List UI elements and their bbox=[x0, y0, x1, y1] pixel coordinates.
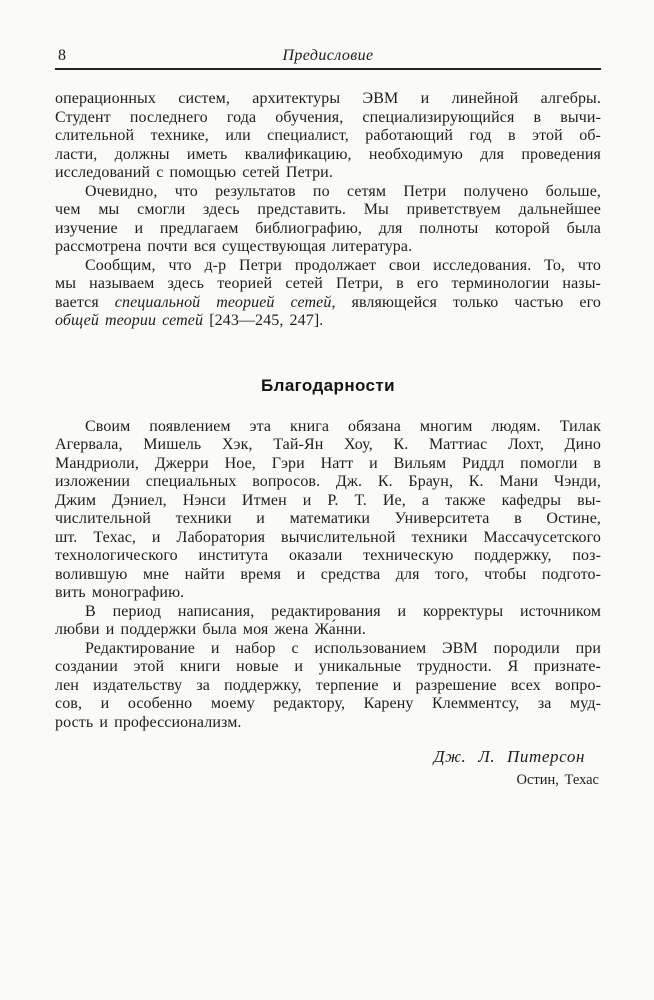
text-line: рассмотрена почти вся существующая литер… bbox=[55, 238, 601, 257]
text-line: вается специальной теорией сетей, являющ… bbox=[55, 294, 601, 313]
italic-term: общей теории сетей bbox=[55, 312, 203, 329]
signature-author-name: Дж. Л. Питерсон bbox=[55, 747, 601, 767]
text-line: числительной техники и математики Универ… bbox=[55, 510, 601, 529]
text-line: Редактирование и набор с использованием … bbox=[55, 640, 601, 659]
text-line: вить монографию. bbox=[55, 584, 601, 603]
text-line: изложении специальных вопросов. Дж. К. Б… bbox=[55, 473, 601, 492]
text-line: лен издательству за поддержку, терпение … bbox=[55, 677, 601, 696]
text-segment: вается bbox=[55, 294, 115, 311]
text-segment: , являющейся только частью его bbox=[331, 294, 601, 311]
preface-paragraph-3: Сообщим, что д-р Петри продолжает свои и… bbox=[55, 257, 601, 331]
text-line: Сообщим, что д-р Петри продолжает свои и… bbox=[55, 257, 601, 276]
text-line: чем мы смогли здесь представить. Мы прив… bbox=[55, 201, 601, 220]
citation-reference: [243—245, 247]. bbox=[203, 312, 323, 329]
text-line: шт. Техас, и Лаборатория вычислительной … bbox=[55, 529, 601, 548]
preface-paragraph-1: операционных систем, архитектуры ЭВМ и л… bbox=[55, 90, 601, 183]
text-line: Джим Дэниел, Нэнси Итмен и Р. Т. Ие, а т… bbox=[55, 492, 601, 511]
text-line: В период написания, редактирования и кор… bbox=[55, 603, 601, 622]
text-line: слительной технике, или специалист, рабо… bbox=[55, 127, 601, 146]
signature-place: Остин, Техас bbox=[55, 772, 601, 789]
text-line: технологического института оказали техни… bbox=[55, 547, 601, 566]
italic-term: специальной теорией сетей bbox=[115, 294, 332, 311]
preface-paragraph-2: Очевидно, что результатов по сетям Петри… bbox=[55, 183, 601, 257]
book-page: 8 Предисловие операционных систем, архит… bbox=[0, 0, 654, 1000]
page-header: 8 Предисловие bbox=[55, 46, 601, 70]
text-line: изучение и предлагаем библиографию, для … bbox=[55, 220, 601, 239]
ack-paragraph-3: Редактирование и набор с использованием … bbox=[55, 640, 601, 733]
text-line: создании этой книги новые и уникальные т… bbox=[55, 658, 601, 677]
text-line: сов, и особенно моему редактору, Карену … bbox=[55, 695, 601, 714]
ack-paragraph-1: Своим появлением эта книга обязана многи… bbox=[55, 418, 601, 603]
section-heading-acknowledgments: Благодарности bbox=[55, 376, 601, 396]
text-line: исследований с помощью сетей Петри. bbox=[55, 164, 601, 183]
text-line: мы называем здесь теорией сетей Петри, в… bbox=[55, 275, 601, 294]
text-line: Очевидно, что результатов по сетям Петри… bbox=[55, 183, 601, 202]
text-line: Мандриоли, Джерри Ное, Гэри Натт и Вилья… bbox=[55, 455, 601, 474]
text-line: операционных систем, архитектуры ЭВМ и л… bbox=[55, 90, 601, 109]
text-line: Агервала, Мишель Хэк, Тай-Ян Хоу, К. Мат… bbox=[55, 436, 601, 455]
text-line: общей теории сетей [243—245, 247]. bbox=[55, 312, 601, 331]
text-line: любви и поддержки была моя жена Жа́нни. bbox=[55, 621, 601, 640]
text-block: 8 Предисловие операционных систем, архит… bbox=[55, 46, 601, 789]
ack-paragraph-2: В период написания, редактирования и кор… bbox=[55, 603, 601, 640]
running-title: Предисловие bbox=[55, 47, 601, 65]
text-line: Своим появлением эта книга обязана многи… bbox=[55, 418, 601, 437]
text-line: волившую мне найти время и средства для … bbox=[55, 566, 601, 585]
text-line: Студент последнего года обучения, специа… bbox=[55, 109, 601, 128]
text-line: рость и профессионализм. bbox=[55, 714, 601, 733]
text-line: ласти, должны иметь квалификацию, необхо… bbox=[55, 146, 601, 165]
